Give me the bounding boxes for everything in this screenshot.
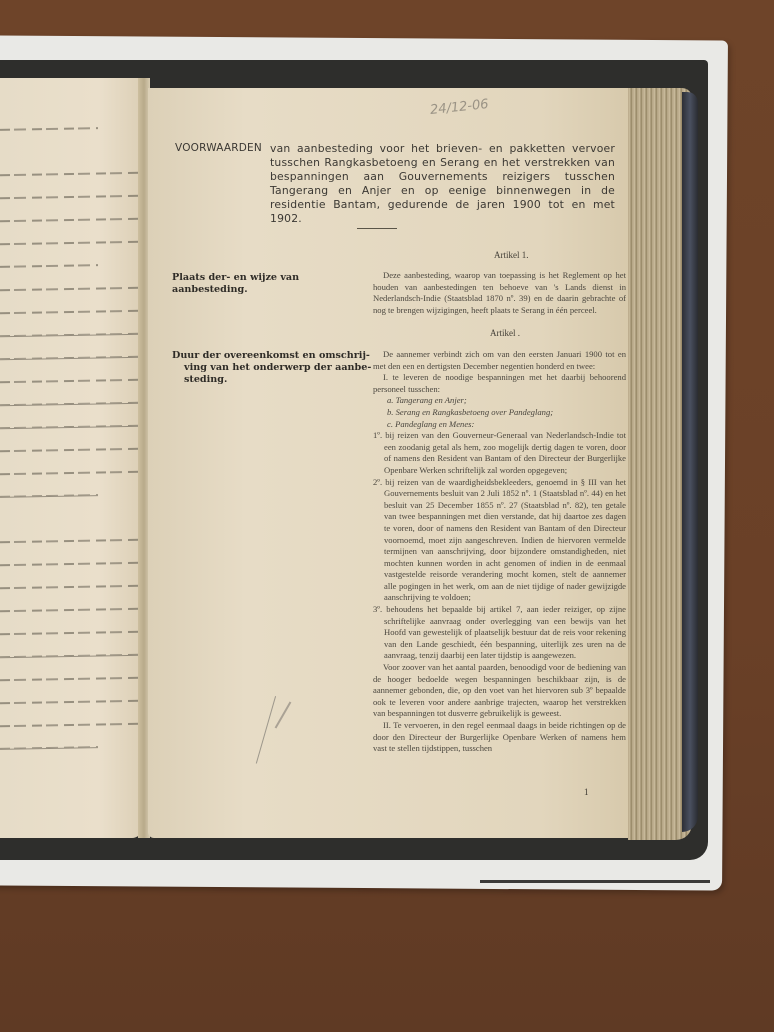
- sheet-edge-line: [480, 880, 710, 883]
- article-2-closing: Voor zoover van het aantal paarden, beno…: [373, 662, 626, 720]
- clause-3: 3º. behoudens het bepaalde bij artikel 7…: [373, 604, 626, 662]
- margin-heading-line: ving van het onderwerp der aanbe-: [172, 362, 372, 374]
- article-2-item-I: I. te leveren de noodige bespanningen me…: [373, 372, 626, 395]
- hw-line: [0, 241, 140, 245]
- heading-label: VOORWAARDEN: [175, 142, 270, 226]
- article-2-body: De aannemer verbindt zich om van den eer…: [373, 349, 626, 755]
- left-page-handwritten: [0, 78, 142, 838]
- hw-line: [0, 333, 140, 337]
- article-2-title: Artikel .: [490, 328, 520, 338]
- hw-line: [0, 723, 140, 727]
- hw-line: [0, 218, 140, 222]
- hw-line: [0, 379, 140, 383]
- hw-line: [0, 448, 140, 452]
- hw-line: [0, 631, 140, 635]
- hw-line: [0, 287, 140, 291]
- article-2-margin-heading: Duur der overeenkomst en omschrij- ving …: [172, 350, 372, 386]
- hw-line: [0, 700, 140, 704]
- hw-line: [0, 585, 140, 589]
- hw-line: [0, 127, 98, 131]
- hw-line: [0, 471, 140, 475]
- book-cover-edge: [682, 92, 698, 832]
- handwritten-lines: [0, 128, 140, 770]
- document-heading: VOORWAARDEN van aanbesteding voor het br…: [175, 142, 625, 226]
- page-number: 1: [584, 787, 589, 797]
- margin-heading-line: steding.: [172, 374, 372, 386]
- hw-line: [0, 562, 140, 566]
- article-1-title: Artikel 1.: [494, 250, 529, 260]
- margin-heading-line: Duur der overeenkomst en omschrij-: [172, 350, 372, 362]
- hw-line: [0, 494, 98, 498]
- article-1-body: Deze aanbesteding, waarop van toepassing…: [373, 270, 626, 316]
- hw-line: [0, 677, 140, 681]
- hw-line: [0, 195, 140, 199]
- hw-line: [0, 608, 140, 612]
- route-b: b. Serang en Rangkasbetoeng over Pandegl…: [373, 407, 626, 419]
- article-2-intro: De aannemer verbindt zich om van den eer…: [373, 349, 626, 372]
- hw-line: [0, 402, 140, 406]
- heading-rule: [357, 228, 397, 229]
- hw-line: [0, 425, 140, 429]
- hw-line: [0, 310, 140, 314]
- article-1-paragraph: Deze aanbesteding, waarop van toepassing…: [373, 270, 626, 316]
- hw-line: [0, 356, 140, 360]
- hw-line: [0, 654, 140, 658]
- article-2-item-II: II. Te vervoeren, in den regel eenmaal d…: [373, 720, 626, 755]
- route-c: c. Pandeglang en Menes:: [373, 419, 626, 431]
- article-1-margin-heading: Plaats der- en wijze van aanbesteding.: [172, 272, 372, 296]
- hw-line: [0, 746, 98, 750]
- clause-1: 1º. bij reizen van den Gouverneur-Genera…: [373, 430, 626, 476]
- route-a: a. Tangerang en Anjer;: [373, 395, 626, 407]
- heading-text: van aanbesteding voor het brieven- en pa…: [270, 142, 615, 226]
- clause-2: 2º. bij reizen van de waardigheidsbeklee…: [373, 477, 626, 605]
- hw-line: [0, 264, 98, 268]
